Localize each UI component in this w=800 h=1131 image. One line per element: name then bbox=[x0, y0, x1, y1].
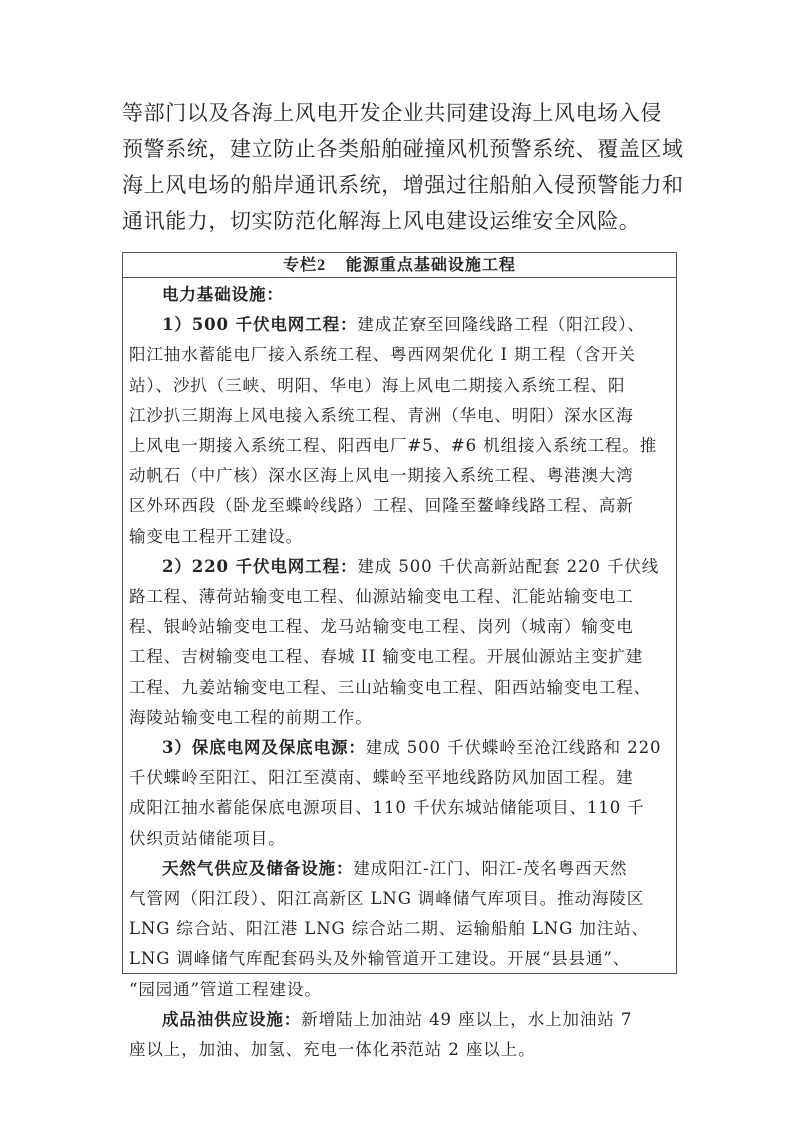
intro-line: 等部门以及各海上风电开发企业共同建设海上风电场入侵 bbox=[122, 95, 682, 131]
section-line: 阳江抽水蓄能电厂接入系统工程、粤西网架优化 I 期工程（含开关 bbox=[129, 340, 670, 370]
section-line: 区外环西段（卧龙至蝶岭线路）工程、回隆至鳌峰线路工程、高新 bbox=[129, 491, 670, 521]
section-line: 动帆石（中广核）深水区海上风电一期接入系统工程、粤港澳大湾 bbox=[129, 461, 670, 491]
section-heading: 电力基础设施： bbox=[129, 280, 670, 310]
section-line: 江沙扒三期海上风电接入系统工程、青洲（华电、明阳）深水区海 bbox=[129, 401, 670, 431]
section-natural-gas: 天然气供应及储备设施：建成阳江-江门、阳江-茂名粤西天然 气管网（阳江段）、阳江… bbox=[129, 854, 670, 1005]
column-box-title: 专栏2 能源重点基础设施工程 bbox=[123, 253, 676, 278]
section-line: 建成阳江-江门、阳江-茂名粤西天然 bbox=[353, 859, 627, 878]
intro-line: 海上风电场的船岸通讯系统，增强过往船舶入侵预警能力和 bbox=[122, 167, 682, 203]
section-power-infrastructure: 电力基础设施： bbox=[129, 280, 670, 310]
section-line: 输变电工程开工建设。 bbox=[129, 522, 670, 552]
section-line: 海陵站输变电工程的前期工作。 bbox=[129, 703, 670, 733]
section-line: 工程、九姜站输变电工程、三山站输变电工程、阳西站输变电工程、 bbox=[129, 673, 670, 703]
section-line: 站）、沙扒（三峡、明阳、华电）海上风电二期接入系统工程、阳 bbox=[129, 371, 670, 401]
section-line: “园园通”管道工程建设。 bbox=[129, 975, 670, 1005]
page-number: 25 bbox=[0, 1040, 800, 1056]
section-line: 伏织贡站储能项目。 bbox=[129, 824, 670, 854]
section-line: 建成芷寮至回隆线路工程（阳江段）、 bbox=[357, 315, 645, 334]
column-box: 专栏2 能源重点基础设施工程 电力基础设施： 1）500 千伏电网工程：建成芷寮… bbox=[122, 252, 677, 974]
section-line: 上风电一期接入系统工程、阳西电厂#5、#6 机组接入系统工程。推 bbox=[129, 431, 670, 461]
title-number: 2 bbox=[317, 257, 326, 274]
section-line: 程、银岭站输变电工程、龙马站输变电工程、岗列（城南）输变电 bbox=[129, 612, 670, 642]
section-heading: 1）500 千伏电网工程： bbox=[162, 315, 357, 334]
section-backup-grid: 3）保底电网及保底电源：建成 500 千伏蝶岭至沧江线路和 220 千伏蝶岭至阳… bbox=[129, 733, 670, 854]
section-line: 建成 500 千伏蝶岭至沧江线路和 220 bbox=[366, 738, 662, 757]
section-heading: 天然气供应及储备设施： bbox=[162, 859, 353, 878]
section-220kv: 2）220 千伏电网工程：建成 500 千伏高新站配套 220 千伏线 路工程、… bbox=[129, 552, 670, 733]
section-heading: 成品油供应设施： bbox=[162, 1010, 301, 1029]
section-line: LNG 综合站、阳江港 LNG 综合站二期、运输船舶 LNG 加注站、 bbox=[129, 914, 670, 944]
intro-paragraph: 等部门以及各海上风电开发企业共同建设海上风电场入侵 预警系统，建立防止各类船舶碰… bbox=[122, 95, 682, 239]
section-line: 气管网（阳江段）、阳江高新区 LNG 调峰储气库项目。推动海陵区 bbox=[129, 884, 670, 914]
section-refined-oil: 成品油供应设施：新增陆上加油站 49 座以上，水上加油站 7 座以上，加油、加氢… bbox=[129, 1005, 670, 1065]
section-line: 工程、吉树输变电工程、春城 II 输变电工程。开展仙源站主变扩建 bbox=[129, 642, 670, 672]
title-prefix: 专栏 bbox=[283, 255, 317, 274]
section-500kv: 1）500 千伏电网工程：建成芷寮至回隆线路工程（阳江段）、 阳江抽水蓄能电厂接… bbox=[129, 310, 670, 552]
section-line: 路工程、薄荷站输变电工程、仙源站输变电工程、汇能站输变电工 bbox=[129, 582, 670, 612]
section-heading: 2）220 千伏电网工程： bbox=[162, 557, 357, 576]
section-line: LNG 调峰储气库配套码头及外输管道开工建设。开展“县县通”、 bbox=[129, 944, 670, 974]
section-line: 千伏蝶岭至阳江、阳江至漠南、蝶岭至平地线路防风加固工程。建 bbox=[129, 763, 670, 793]
intro-line: 预警系统，建立防止各类船舶碰撞风机预警系统、覆盖区域 bbox=[122, 131, 682, 167]
section-line: 新增陆上加油站 49 座以上，水上加油站 7 bbox=[301, 1010, 632, 1029]
section-line: 建成 500 千伏高新站配套 220 千伏线 bbox=[357, 557, 659, 576]
column-box-body: 电力基础设施： 1）500 千伏电网工程：建成芷寮至回隆线路工程（阳江段）、 阳… bbox=[123, 278, 676, 1065]
section-heading: 3）保底电网及保底电源： bbox=[162, 738, 366, 757]
intro-line: 通讯能力，切实防范化解海上风电建设运维安全风险。 bbox=[122, 203, 682, 239]
section-line: 成阳江抽水蓄能保底电源项目、110 千伏东城站储能项目、110 千 bbox=[129, 793, 670, 823]
title-text: 能源重点基础设施工程 bbox=[346, 255, 516, 274]
